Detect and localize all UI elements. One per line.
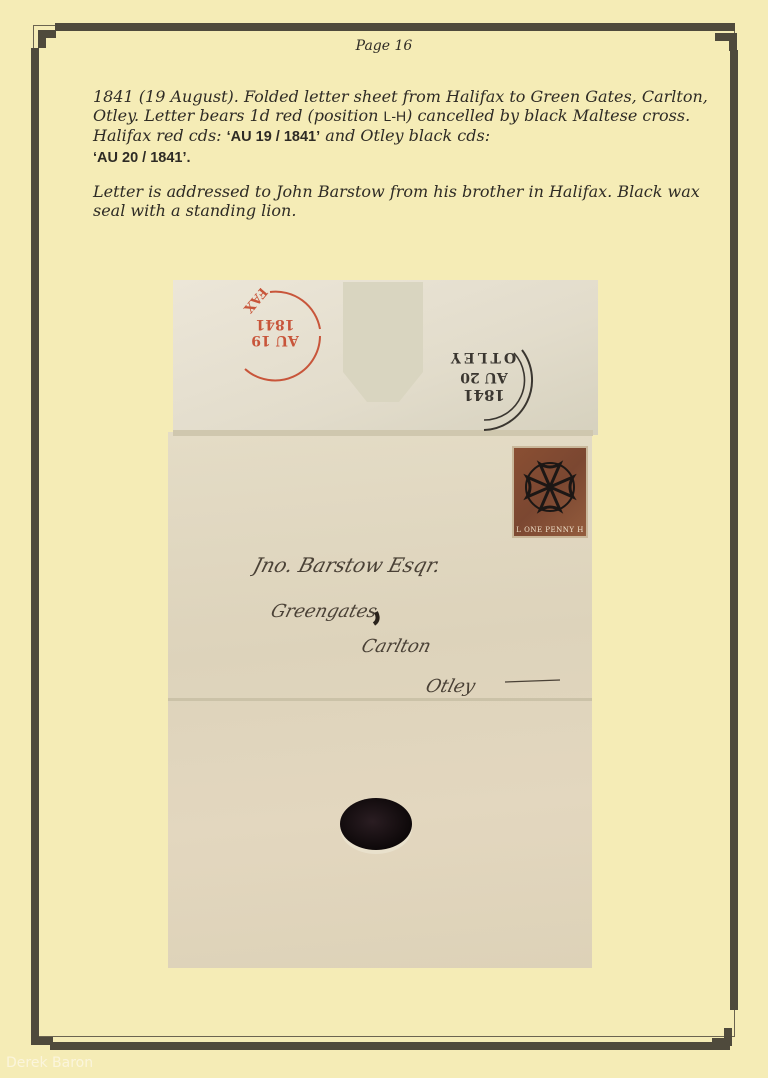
svg-text:AU 19: AU 19 [251,332,299,348]
svg-text:1841: 1841 [256,316,295,332]
stamp-label: L ONE PENNY H [514,526,586,534]
description-paragraph-2: Letter is addressed to John Barstow from… [93,182,713,220]
svg-text:Greengates: Greengates [269,601,380,622]
black-wax-seal [340,798,412,850]
description-paragraph-1: 1841 (19 August). Folded letter sheet fr… [93,87,713,168]
svg-text:FAX: FAX [239,288,269,316]
svg-text:OTLEY: OTLEY [448,349,516,365]
folded-letter-image: AU 19 1841 FAX 1841 AU 20 OTLEY L ONE PE… [168,280,598,968]
svg-text:Carlton: Carlton [359,636,433,657]
handwritten-address: Jno. Barstow Esqr. Greengates Carlton Ot… [250,542,580,712]
letter-center-flap [343,282,423,402]
otley-cds-date: ‘AU 20 / 1841’. [93,150,191,166]
desc-text-c: and Otley black cds: [320,126,490,145]
svg-text:1841: 1841 [463,386,505,404]
maltese-cross-cancel [522,456,578,518]
svg-text:Jno. Barstow Esqr.: Jno. Barstow Esqr. [250,553,444,577]
credit-watermark: Derek Baron [6,1055,93,1071]
svg-text:Otley: Otley [423,676,478,697]
desc-position: L-H [384,108,407,124]
frame-thick-bottom [50,1042,730,1050]
otley-black-postmark: 1841 AU 20 OTLEY [430,325,545,435]
penny-red-stamp: L ONE PENNY H [512,446,588,538]
page-number: Page 16 [0,38,768,54]
frame-thick-top [55,23,735,31]
frame-corner-bottom-left [31,1005,53,1045]
halifax-cds-date: ‘AU 19 / 1841’ [227,129,321,145]
svg-text:AU 20: AU 20 [460,369,509,385]
halifax-red-postmark: AU 19 1841 FAX [220,288,325,383]
frame-thick-left [31,48,39,1008]
frame-thick-right [730,50,738,1010]
